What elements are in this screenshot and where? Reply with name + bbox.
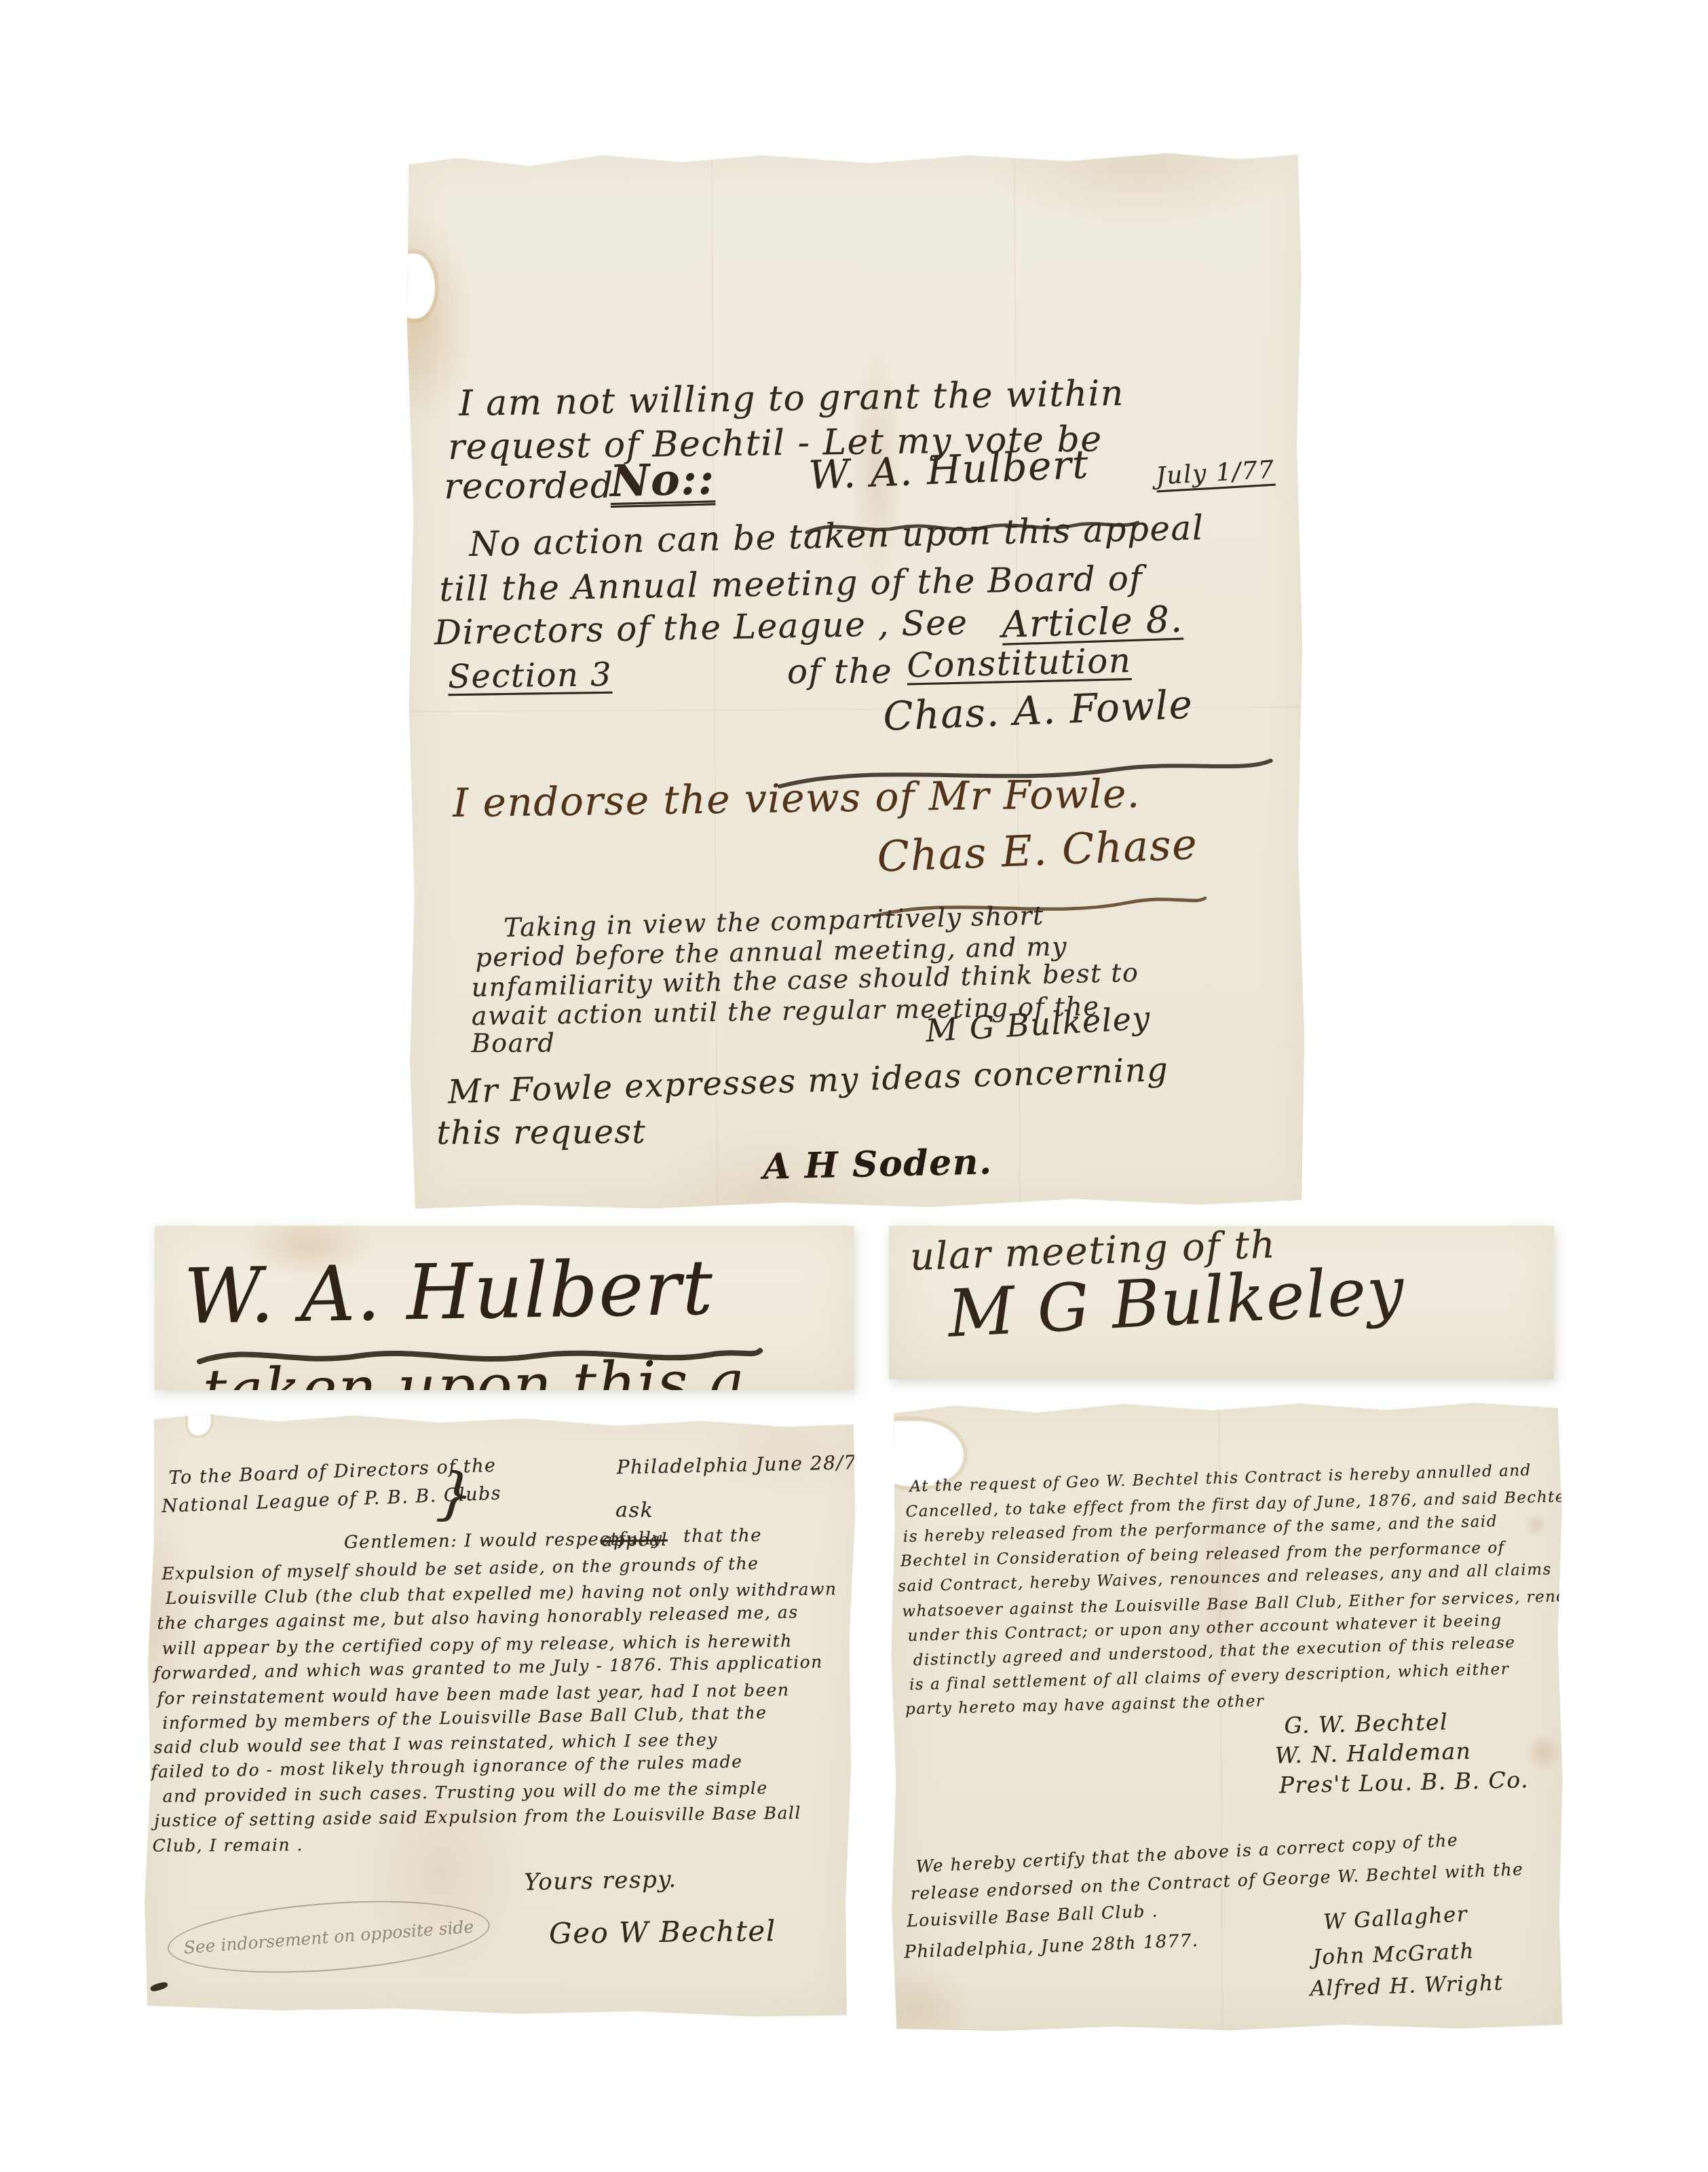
fold-crease	[711, 151, 718, 1210]
handwriting-line: Directors of the League , See	[434, 603, 968, 652]
body-line: party hereto may have against the other	[905, 1692, 1265, 1718]
inserted-word: ask	[615, 1498, 653, 1522]
article-reference: Article 8.	[1001, 597, 1183, 645]
ink-mark	[149, 1981, 168, 1992]
struck-word: appeal	[602, 1530, 668, 1551]
handwriting-line: of the	[787, 652, 893, 692]
endorsements-page: I am not willing to grant the within req…	[404, 149, 1307, 1212]
signature-hulbert-large: W. A. Hulbert	[183, 1243, 715, 1341]
torn-notch	[188, 1410, 212, 1436]
section-reference: Section 3	[448, 656, 613, 696]
closing: Yours respy.	[524, 1866, 677, 1896]
handwriting-line: till the Annual meeting of the Board of	[439, 559, 1143, 609]
body-line: Expulsion of myself should be set aside,…	[162, 1554, 759, 1584]
document-photograph: I am not willing to grant the within req…	[0, 0, 1708, 2172]
vote-word: No::	[609, 453, 715, 506]
handwriting-line: this request	[436, 1113, 646, 1153]
constitution-word: Constitution	[907, 641, 1132, 685]
pencil-annotation: See indorsement on opposite side	[165, 1891, 492, 1983]
body-line: informed by members of the Louisville Ba…	[162, 1703, 767, 1734]
signature-soden: A H Soden.	[763, 1141, 993, 1188]
handwriting-line: recorded	[444, 466, 614, 507]
handwriting-line: I am not willing to grant the within	[459, 373, 1124, 424]
fold-crease	[1219, 1400, 1223, 2031]
date-note: July 1/77	[1155, 456, 1275, 491]
body-line: and provided in such cases. Trusting you…	[162, 1778, 767, 1806]
hulbert-signature-detail: W. A. Hulbert taken upon this a	[155, 1226, 854, 1390]
bechtel-appeal-letter: To the Board of Directors of the Nationa…	[142, 1410, 857, 2020]
body-line: Club, I remain .	[152, 1835, 303, 1856]
signature-title: Pres't Lou. B. B. Co.	[1278, 1766, 1529, 1798]
pencil-note-text: See indorsement on opposite side	[183, 1916, 474, 1957]
signature-wright: Alfred H. Wright	[1310, 1970, 1504, 2001]
handwriting-line: I endorse the views of Mr Fowle.	[453, 770, 1141, 826]
handwriting-line: No action can be taken upon this appeal	[469, 508, 1204, 564]
signature-gw-bechtel: G. W. Bechtel	[1284, 1708, 1448, 1738]
body-line: justice of setting aside said Expulsion …	[154, 1803, 801, 1831]
place-date-line: Philadelphia, June 28th 1877.	[904, 1930, 1199, 1962]
certification-line: Louisville Base Ball Club .	[906, 1901, 1158, 1931]
signature-haldeman: W. N. Haldeman	[1274, 1738, 1472, 1769]
handwriting-line: Mr Fowle expresses my ideas concerning	[447, 1051, 1169, 1111]
salutation: that the	[683, 1525, 762, 1546]
signature-mcgrath: John McGrath	[1312, 1939, 1475, 1970]
bulkeley-signature-detail: ular meeting of th M G Bulkeley	[889, 1226, 1554, 1379]
release-copy-page: At the request of Geo W. Bechtel this Co…	[889, 1398, 1565, 2033]
dateline: Philadelphia June 28/77	[616, 1451, 857, 1479]
address-brace: }	[434, 1459, 477, 1529]
handwriting-line: Board	[472, 1028, 556, 1058]
signature-fowle: Chas. A. Fowle	[882, 681, 1194, 739]
body-line: failed to do - most likely through ignor…	[151, 1752, 743, 1782]
signature-chase: Chas E. Chase	[876, 819, 1198, 882]
torn-notch	[404, 253, 435, 318]
signature-gallagher: W Gallagher	[1323, 1902, 1468, 1934]
signature-bechtel: Geo W Bechtel	[549, 1914, 776, 1950]
